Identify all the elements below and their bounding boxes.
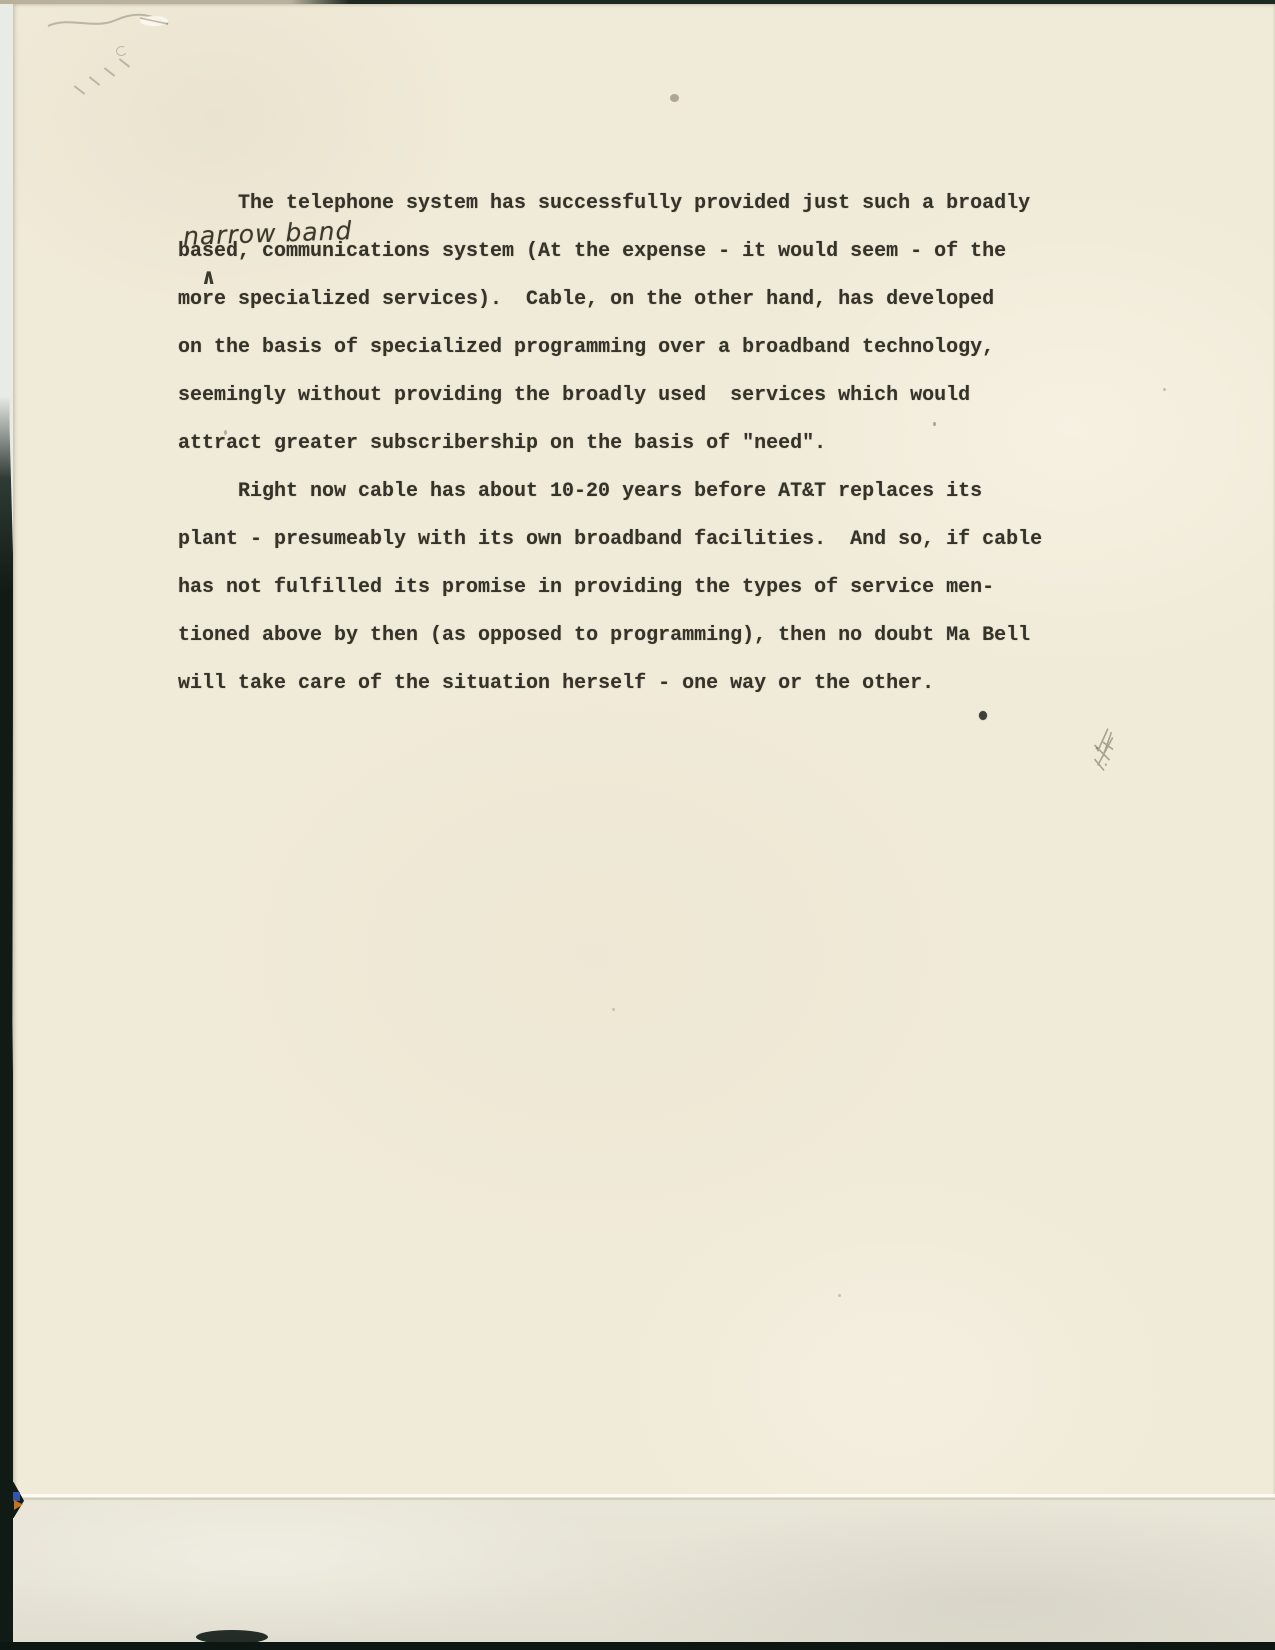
typed-line: more specialized services). Cable, on th… [178,276,1118,324]
paper-speck [838,1294,841,1297]
paper-speck [670,94,679,102]
typed-line: on the basis of specialized programming … [178,324,1118,372]
staple-crease-mark [42,4,202,44]
typed-text-block: The telephone system has successfully pr… [178,180,1118,708]
typed-line: attract greater subscribership on the ba… [178,420,1118,468]
scanner-shadow-blob [196,1630,268,1644]
paper-lower-band [13,1500,1275,1642]
typed-line: will take care of the situation herself … [178,660,1118,708]
typed-line: tioned above by then (as opposed to prog… [178,612,1118,660]
typed-line: Right now cable has about 10-20 years be… [178,468,1118,516]
paper-speck [612,1008,615,1011]
paper-speck [1163,388,1166,391]
ink-dot [979,711,987,720]
scanner-shadow-bottom [0,1642,1275,1650]
typed-line: has not fulfilled its promise in providi… [178,564,1118,612]
insertion-caret-icon: ∧ [201,264,216,289]
typed-line: plant - presumeably with its own broadba… [178,516,1118,564]
handwritten-insertion: narrow band [183,216,353,251]
scan-artifact-blue [13,1492,20,1501]
typed-line: seemingly without providing the broadly … [178,372,1118,420]
paragraph-2: Right now cable has about 10-20 years be… [178,468,1118,708]
ink-smudge [1080,722,1125,777]
